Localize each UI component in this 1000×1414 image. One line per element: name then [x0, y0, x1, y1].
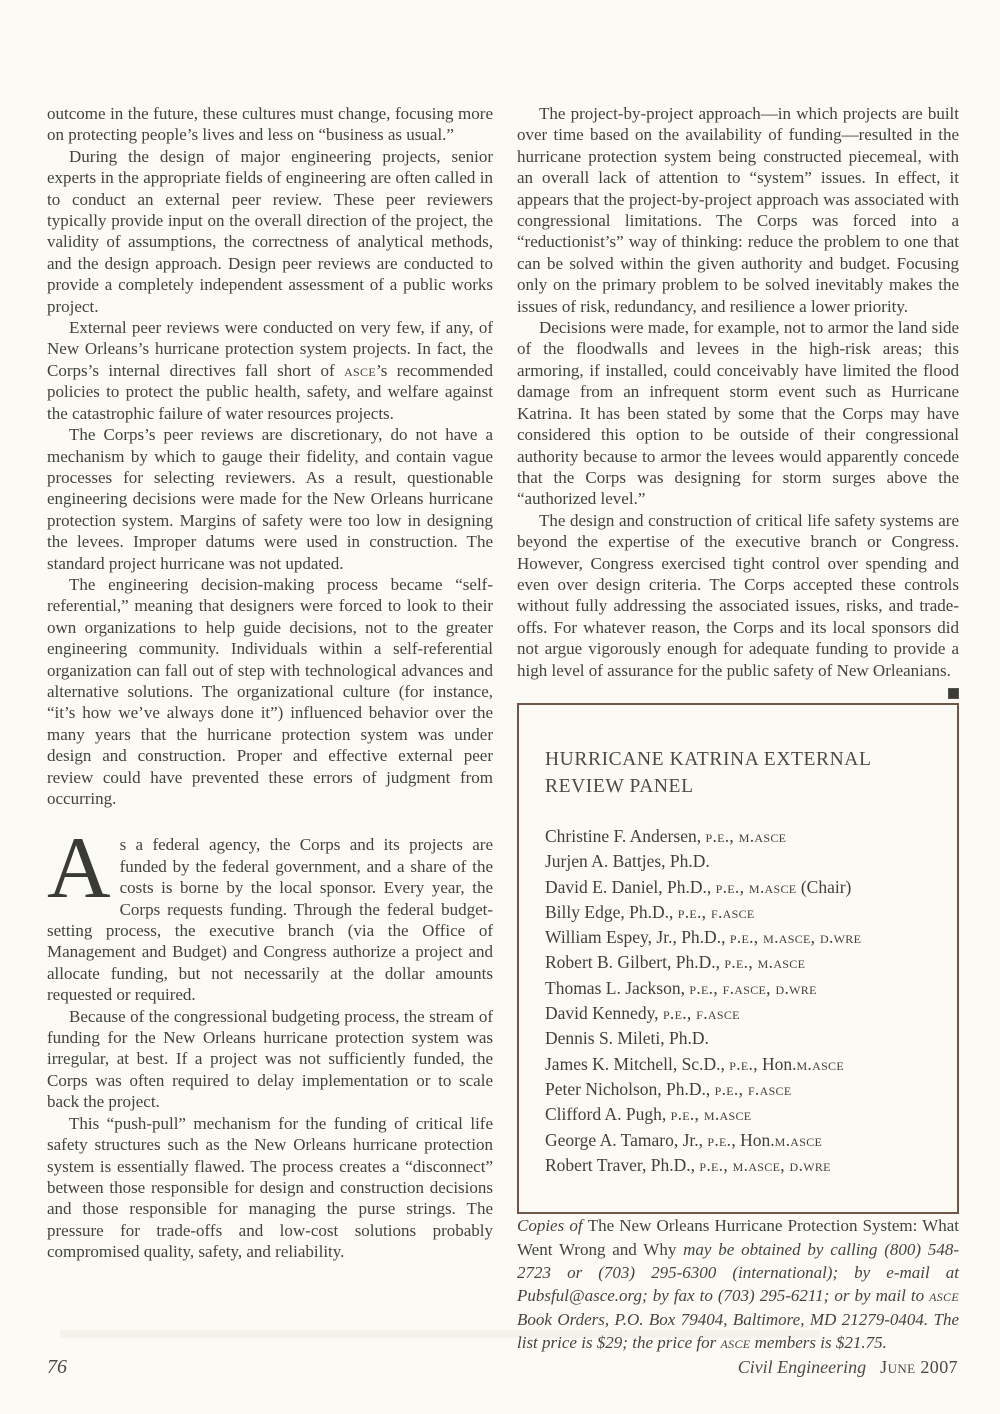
text-segment: During the design of major engineering p… [47, 147, 493, 316]
text-segment: Dennis S. Mileti, Ph.D. [545, 1028, 709, 1048]
text-segment: members is $21.75. [750, 1333, 886, 1352]
issue-date: June 2007 [880, 1357, 958, 1377]
text-segment: p.e., m.asce, d.wre [699, 1155, 830, 1175]
text-segment: Robert Traver, Ph.D., [545, 1155, 699, 1175]
text-segment: p.e. [707, 1130, 731, 1150]
text-segment: p.e. [729, 1054, 753, 1074]
page-number: 76 [47, 1356, 67, 1379]
text-segment: Billy Edge, Ph.D., [545, 902, 678, 922]
text-segment: The design and construction of critical … [517, 511, 959, 680]
text-segment: outcome in the future, these cultures mu… [47, 104, 493, 144]
text-segment: Christine F. Andersen, [545, 826, 705, 846]
paragraph: External peer reviews were conducted on … [47, 317, 493, 424]
paragraph: The design and construction of critical … [517, 510, 959, 681]
left-column: outcome in the future, these cultures mu… [47, 103, 493, 1263]
footer-publication-line: Civil EngineeringJune 2007 [738, 1357, 958, 1378]
text-segment: Robert B. Gilbert, Ph.D., [545, 952, 724, 972]
text-segment: s a federal agency, the Corps and its pr… [47, 835, 493, 1004]
text-segment: The engineering decision-making process … [47, 575, 493, 808]
text-segment: m.asce [796, 1054, 844, 1074]
text-segment: William Espey, Jr., Ph.D., [545, 927, 730, 947]
text-segment: p.e., m.asce [716, 877, 797, 897]
paragraph: Decisions were made, for example, not to… [517, 317, 959, 510]
text-segment: Thomas L. Jackson, [545, 978, 689, 998]
text-segment: p.e., f.asce, d.wre [689, 978, 816, 998]
text-segment: asce [344, 361, 376, 380]
panel-member: Clifford A. Pugh, p.e., m.asce [545, 1102, 935, 1127]
text-segment: p.e., m.asce [705, 826, 786, 846]
paragraph: During the design of major engineering p… [47, 146, 493, 317]
right-column: The project-by-project approach—in which… [517, 103, 959, 1355]
panel-member: Dennis S. Mileti, Ph.D. [545, 1026, 935, 1051]
paragraph: The engineering decision-making process … [47, 574, 493, 809]
right-column-text: The project-by-project approach—in which… [517, 103, 959, 681]
text-segment: m.asce [775, 1130, 823, 1150]
text-segment: The Corps’s peer reviews are discretiona… [47, 425, 493, 572]
panel-member: David Kennedy, p.e., f.asce [545, 1001, 935, 1026]
text-segment: Peter Nicholson, Ph.D., [545, 1079, 715, 1099]
text-segment: David Kennedy, [545, 1003, 663, 1023]
text-segment: (Chair) [796, 877, 851, 897]
paragraph: outcome in the future, these cultures mu… [47, 103, 493, 146]
panel-title: HURRICANE KATRINA EXTERNAL REVIEW PANEL [545, 746, 935, 800]
text-segment: p.e., f.asce [663, 1003, 740, 1023]
text-segment: p.e., f.asce [678, 902, 755, 922]
end-of-article-mark [948, 688, 959, 699]
paragraph: The Corps’s peer reviews are discretiona… [47, 424, 493, 574]
panel-member: Jurjen A. Battjes, Ph.D. [545, 849, 935, 874]
paragraph: Because of the congressional budgeting p… [47, 1006, 493, 1113]
text-segment: Clifford A. Pugh, [545, 1104, 671, 1124]
panel-member: George A. Tamaro, Jr., p.e., Hon.m.asce [545, 1128, 935, 1153]
panel-member: Thomas L. Jackson, p.e., f.asce, d.wre [545, 976, 935, 1001]
panel-member: James K. Mitchell, Sc.D., p.e., Hon.m.as… [545, 1052, 935, 1077]
text-segment: asce [929, 1286, 959, 1305]
text-segment: The project-by-project approach—in which… [517, 104, 959, 316]
panel-member: Peter Nicholson, Ph.D., p.e., f.asce [545, 1077, 935, 1102]
text-segment: Jurjen A. Battjes, Ph.D. [545, 851, 710, 871]
panel-member: Christine F. Andersen, p.e., m.asce [545, 824, 935, 849]
text-segment: asce [721, 1333, 751, 1352]
panel-member: David E. Daniel, Ph.D., p.e., m.asce (Ch… [545, 875, 935, 900]
paragraph: As a federal agency, the Corps and its p… [47, 834, 493, 1005]
panel-members-list: Christine F. Andersen, p.e., m.asceJurje… [545, 824, 935, 1178]
review-panel-box: HURRICANE KATRINA EXTERNAL REVIEW PANEL … [517, 703, 959, 1214]
text-segment: Because of the congressional budgeting p… [47, 1007, 493, 1112]
panel-member: Robert Traver, Ph.D., p.e., m.asce, d.wr… [545, 1153, 935, 1178]
text-segment: , Hon. [753, 1054, 796, 1074]
text-segment: Decisions were made, for example, not to… [517, 318, 959, 508]
text-segment: p.e., m.asce, d.wre [730, 927, 861, 947]
panel-member: Robert B. Gilbert, Ph.D., p.e., m.asce [545, 950, 935, 975]
page-footer: 76 Civil EngineeringJune 2007 [47, 1356, 958, 1379]
drop-cap: A [47, 837, 111, 901]
magazine-title: Civil Engineering [738, 1357, 866, 1377]
text-segment: p.e., m.asce [724, 952, 805, 972]
magazine-page: outcome in the future, these cultures mu… [0, 0, 1000, 1414]
text-segment: , Hon. [731, 1130, 774, 1150]
panel-member: Billy Edge, Ph.D., p.e., f.asce [545, 900, 935, 925]
text-segment: David E. Daniel, Ph.D., [545, 877, 716, 897]
ordering-note: Copies of The New Orleans Hurricane Prot… [517, 1214, 959, 1354]
text-segment: p.e., m.asce [671, 1104, 752, 1124]
paragraph: This “push-pull” mechanism for the fundi… [47, 1113, 493, 1263]
panel-member: William Espey, Jr., Ph.D., p.e., m.asce,… [545, 925, 935, 950]
text-segment: George A. Tamaro, Jr., [545, 1130, 707, 1150]
paragraph: The project-by-project approach—in which… [517, 103, 959, 317]
text-segment: This “push-pull” mechanism for the fundi… [47, 1114, 493, 1261]
text-segment: p.e., f.asce [715, 1079, 792, 1099]
text-segment: James K. Mitchell, Sc.D., [545, 1054, 729, 1074]
text-segment: Copies of [517, 1216, 588, 1235]
